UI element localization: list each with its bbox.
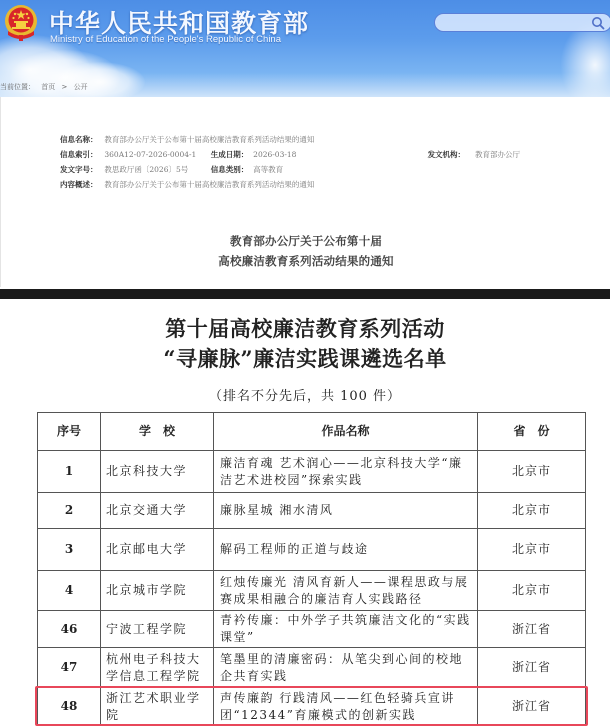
info-row-name: 信息名称： 教育部办公厅关于公布第十届高校廉洁教育系列活动结果的通知 <box>60 134 314 145</box>
info-row-index: 信息索引： 360A12-07-2026-0004-1 生成日期： 2026-0… <box>60 149 520 160</box>
cell-work: 笔墨里的清廉密码：从笔尖到心间的校地企共育实践 <box>214 648 478 688</box>
info-value: 360A12-07-2026-0004-1 <box>104 150 208 159</box>
info-value: 教思政厅函〔2026〕5号 <box>104 164 208 175</box>
info-key: 内容概述： <box>60 179 102 190</box>
cell-work: 青衿传廉：中外学子共筑廉洁文化的“实践课堂” <box>214 611 478 648</box>
doc-title-line2: “寻廉脉”廉洁实践课遴选名单 <box>0 343 610 373</box>
cell-school: 宁波工程学院 <box>101 611 214 648</box>
image-separator <box>0 289 610 299</box>
info-value: 2026-03-18 <box>253 150 425 159</box>
breadcrumb-item-public[interactable]: 公开 <box>74 83 88 91</box>
table-row: 1 北京科技大学 廉洁育魂 艺术润心——北京科技大学“廉洁艺术进校园”探索实践 … <box>38 451 586 493</box>
table-row-highlighted: 48 浙江艺术职业学院 声传廉韵 行践清风——红色轻骑兵宣讲团“12344”育廉… <box>38 688 586 726</box>
cell-province: 浙江省 <box>478 688 586 726</box>
breadcrumb: 当前位置： 首页 > 公开 <box>0 82 92 92</box>
info-value: 教育部办公厅关于公布第十届高校廉洁教育系列活动结果的通知 <box>104 179 314 190</box>
cell-province: 浙江省 <box>478 648 586 688</box>
breadcrumb-label: 当前位置： <box>0 83 35 91</box>
breadcrumb-item-home[interactable]: 首页 <box>41 83 55 91</box>
cell-province: 北京市 <box>478 451 586 493</box>
table-header-row: 序号 学 校 作品名称 省 份 <box>38 413 586 451</box>
notice-title-line1: 教育部办公厅关于公布第十届 <box>1 233 610 249</box>
cell-work: 声传廉韵 行践清风——红色轻骑兵宣讲团“12344”育廉模式的创新实践 <box>214 688 478 726</box>
document-scan: 第十届高校廉洁教育系列活动 “寻廉脉”廉洁实践课遴选名单 （排名不分先后，共 1… <box>0 299 610 728</box>
info-key: 发文机构： <box>428 149 473 160</box>
cell-school: 杭州电子科技大学信息工程学院 <box>101 648 214 688</box>
search-box[interactable] <box>434 13 610 32</box>
info-key: 信息名称： <box>60 134 102 145</box>
info-panel: 信息名称： 教育部办公厅关于公布第十届高校廉洁教育系列活动结果的通知 信息索引：… <box>0 97 610 287</box>
breadcrumb-separator: > <box>61 83 67 91</box>
table-row: 3 北京邮电大学 解码工程师的正道与歧途 北京市 <box>38 529 586 571</box>
info-value: 教育部办公厅关于公布第十届高校廉洁教育系列活动结果的通知 <box>104 134 314 145</box>
cell-province: 浙江省 <box>478 611 586 648</box>
site-subtitle: Ministry of Education of the People's Re… <box>50 34 281 45</box>
col-header-province: 省 份 <box>478 413 586 451</box>
info-key: 生成日期： <box>211 149 251 160</box>
cell-province: 北京市 <box>478 571 586 611</box>
table-row: 4 北京城市学院 红烛传廉光 清风育新人——课程思政与展赛成果相融合的廉洁育人实… <box>38 571 586 611</box>
cell-school: 浙江艺术职业学院 <box>101 688 214 726</box>
cell-school: 北京交通大学 <box>101 493 214 529</box>
cell-province: 北京市 <box>478 529 586 571</box>
cell-num: 47 <box>38 648 101 688</box>
doc-title-line1: 第十届高校廉洁教育系列活动 <box>0 313 610 343</box>
cell-num: 3 <box>38 529 101 571</box>
info-key: 信息类别： <box>211 164 251 175</box>
info-value: 高等教育 <box>253 164 283 175</box>
cell-school: 北京邮电大学 <box>101 529 214 571</box>
selection-table: 序号 学 校 作品名称 省 份 1 北京科技大学 廉洁育魂 艺术润心——北京科技… <box>37 412 586 726</box>
cell-province: 北京市 <box>478 493 586 529</box>
cell-work: 解码工程师的正道与歧途 <box>214 529 478 571</box>
cell-work: 红烛传廉光 清风育新人——课程思政与展赛成果相融合的廉洁育人实践路径 <box>214 571 478 611</box>
info-row-doc-number: 发文字号： 教思政厅函〔2026〕5号 信息类别： 高等教育 <box>60 164 283 175</box>
national-emblem-icon[interactable] <box>4 4 38 42</box>
cell-num: 48 <box>38 688 101 726</box>
cell-num: 46 <box>38 611 101 648</box>
cell-school: 北京城市学院 <box>101 571 214 611</box>
site-header: 中华人民共和国教育部 Ministry of Education of the … <box>0 0 610 97</box>
info-key: 信息索引： <box>60 149 102 160</box>
info-row-summary: 内容概述： 教育部办公厅关于公布第十届高校廉洁教育系列活动结果的通知 <box>60 179 314 190</box>
cell-work: 廉脉星城 湘水清风 <box>214 493 478 529</box>
notice-title-line2: 高校廉洁教育系列活动结果的通知 <box>1 253 610 269</box>
info-key: 发文字号： <box>60 164 102 175</box>
cell-num: 4 <box>38 571 101 611</box>
cell-num: 1 <box>38 451 101 493</box>
doc-subtitle: （排名不分先后，共 100 件） <box>0 385 610 404</box>
cell-work: 廉洁育魂 艺术润心——北京科技大学“廉洁艺术进校园”探索实践 <box>214 451 478 493</box>
col-header-work: 作品名称 <box>214 413 478 451</box>
table-row: 2 北京交通大学 廉脉星城 湘水清风 北京市 <box>38 493 586 529</box>
cell-school: 北京科技大学 <box>101 451 214 493</box>
col-header-num: 序号 <box>38 413 101 451</box>
cell-num: 2 <box>38 493 101 529</box>
search-input[interactable] <box>435 18 585 35</box>
search-icon[interactable] <box>591 16 605 30</box>
col-header-school: 学 校 <box>101 413 214 451</box>
table-row: 47 杭州电子科技大学信息工程学院 笔墨里的清廉密码：从笔尖到心间的校地企共育实… <box>38 648 586 688</box>
table-row: 46 宁波工程学院 青衿传廉：中外学子共筑廉洁文化的“实践课堂” 浙江省 <box>38 611 586 648</box>
info-value: 教育部办公厅 <box>475 149 520 160</box>
